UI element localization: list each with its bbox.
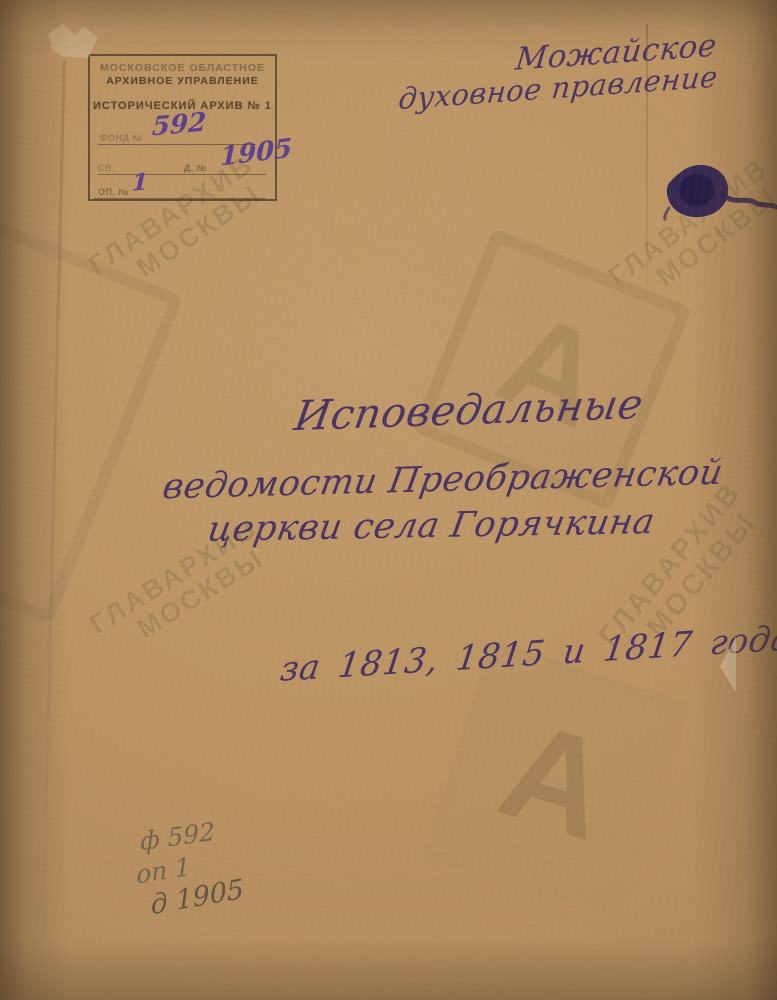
stamp-sv-label: СВ.: [98, 163, 115, 173]
stamp-delo-row: СВ. Д. № 1905: [98, 154, 266, 175]
heading-line2: духовное правление: [397, 59, 720, 116]
archive-stamp: МОСКОВСКОЕ ОБЛАСТНОЕ АРХИВНОЕ УПРАВЛЕНИЕ…: [88, 54, 277, 201]
stamp-org-line1: МОСКОВСКОЕ ОБЛАСТНОЕ: [90, 62, 275, 74]
stamp-opis-row: ОП. № 1: [94, 182, 266, 199]
handwritten-heading: Можайское духовное правление: [415, 27, 723, 115]
watermark-glavarkhiv-mid-right: ГЛАВАРХИВ МОСКВЫ: [594, 480, 771, 673]
document-cover: ГЛАВАРХИВ МОСКВЫ ГЛАВАРХИВ МОСКВЫ ГЛАВАР…: [0, 0, 777, 1000]
watermark-logo-letter: А: [480, 282, 625, 458]
torn-corner-patch: [48, 24, 98, 58]
watermark-glavarkhiv-mid-left: ГЛАВАРХИВ МОСКВЫ: [82, 511, 283, 666]
title-line3: церкви села Горячкина: [204, 502, 658, 550]
stamp-fond-label: ФОНД №: [100, 133, 143, 143]
watermark-text-line2: МОСКВЫ: [640, 174, 777, 301]
crease-line: [41, 60, 65, 940]
watermark-logo-letter: А: [483, 687, 629, 872]
ink-blot: [645, 150, 777, 235]
watermark-text-line2: МОСКВЫ: [636, 500, 771, 652]
watermark-text-line1: ГЛАВАРХИВ: [601, 151, 777, 295]
watermark-glavarkhiv-top-right: ГЛАВАРХИВ МОСКВЫ: [601, 151, 777, 318]
scan-background: ГЛАВАРХИВ МОСКВЫ ГЛАВАРХИВ МОСКВЫ ГЛАВАР…: [0, 0, 777, 1000]
title-line1: Исповедальные: [291, 380, 646, 440]
watermark-text-line2: МОСКВЫ: [121, 536, 282, 652]
stamp-delo-label: Д. №: [184, 163, 207, 173]
heading-line1: Можайское: [514, 27, 723, 78]
archive-note-delo: д 1905: [150, 874, 245, 921]
stamp-fond-value: 592: [151, 108, 207, 143]
crease-line: [646, 24, 648, 294]
title-line2: ведомости Преображенской: [160, 453, 726, 508]
years-line: за 1813, 1815 и 1817 года: [278, 618, 777, 690]
watermark-text-line1: ГЛАВАРХИВ: [594, 480, 747, 653]
stamp-opis-value: 1: [132, 168, 149, 196]
watermark-logo-center: А: [412, 228, 692, 511]
archive-note-fond: ф 592: [140, 817, 216, 857]
watermark-text-line1: ГЛАВАРХИВ: [82, 511, 267, 642]
watermark-logo-edge-partial: [0, 209, 184, 625]
stamp-org-line2: АРХИВНОЕ УПРАВЛЕНИЕ: [90, 75, 275, 87]
watermark-logo-lower: А: [422, 639, 690, 920]
edge-notch: [720, 636, 736, 692]
archive-note-opis: оп 1: [136, 852, 192, 890]
stamp-opis-label: ОП. №: [98, 187, 129, 197]
